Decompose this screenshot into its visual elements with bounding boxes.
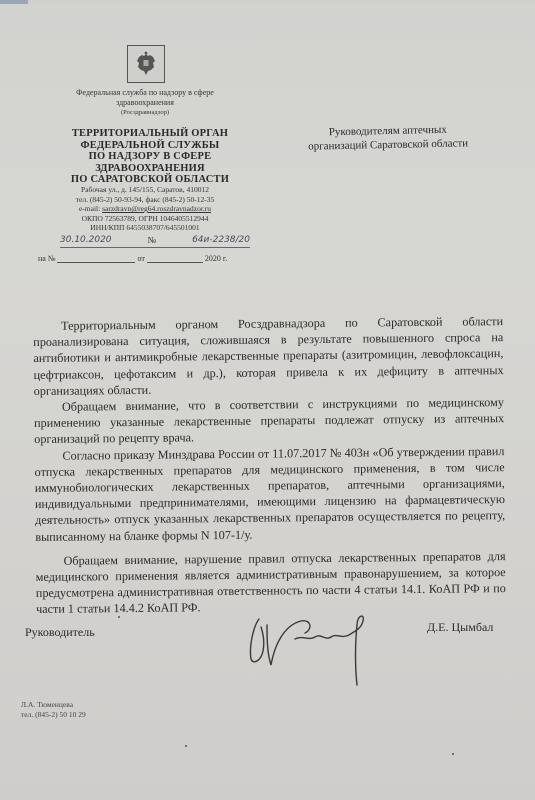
inn-kpp: ИНН/КПП 6455038707/645501001 bbox=[25, 223, 265, 233]
body-paragraph: Территориальным органом Росздравнадзора … bbox=[33, 313, 504, 399]
handwritten-signature-icon bbox=[245, 607, 395, 687]
org-line: ПО НАДЗОРУ В СФЕРЕ bbox=[55, 151, 245, 163]
reference-year: 2020 г. bbox=[205, 254, 227, 263]
agency-line-2: здравоохранения bbox=[40, 98, 250, 108]
coat-of-arms-icon bbox=[127, 45, 165, 83]
signature-block: Руководитель Д.Е. Цымбал bbox=[25, 625, 495, 695]
letter-body: Территориальным органом Росздравнадзора … bbox=[33, 313, 506, 618]
executor-info: Л.А. Тюменцева тел. (845-2) 50 10 29 bbox=[21, 700, 86, 720]
registration-number-label: № bbox=[148, 235, 157, 247]
signatory-title: Руководитель bbox=[25, 625, 95, 640]
addressee-line-2: организаций Саратовской области bbox=[288, 136, 488, 154]
agency-name: Федеральная служба по надзору в сфере зд… bbox=[40, 88, 250, 118]
reference-line: на № от 2020 г. bbox=[38, 254, 248, 263]
agency-line-1: Федеральная служба по надзору в сфере bbox=[40, 88, 250, 98]
addressee: Руководителям аптечных организаций Сарат… bbox=[288, 122, 489, 154]
phone-fax: тел. (845-2) 50-93-94, факс (845-2) 50-1… bbox=[25, 195, 265, 205]
address: Рабочая ул., д. 145/155, Саратов, 410012 bbox=[25, 185, 265, 195]
paper-speck bbox=[118, 616, 120, 618]
executor-name: Л.А. Тюменцева bbox=[21, 700, 86, 710]
reference-date-blank bbox=[147, 254, 203, 263]
okpo-ogrn: ОКПО 72563789, ОГРН 1046405512944 bbox=[25, 214, 265, 224]
reference-prefix: на № bbox=[38, 254, 55, 263]
body-paragraph: Согласно приказу Минздрава России от 11.… bbox=[34, 443, 505, 545]
registration-date: 30.10.2020 bbox=[60, 235, 112, 247]
photo-edge-strip bbox=[0, 0, 535, 4]
reference-number-blank bbox=[57, 254, 135, 263]
signatory-name: Д.Е. Цымбал bbox=[427, 620, 493, 635]
org-line: ТЕРРИТОРИАЛЬНЫЙ ОРГАН bbox=[55, 128, 245, 140]
email-row: e-mail: sarzdravn@reg64.roszdravnadzor.r… bbox=[25, 204, 265, 214]
org-line: ЗДРАВООХРАНЕНИЯ bbox=[55, 163, 245, 175]
registration-line: 30.10.2020 № 64и-2238/20 bbox=[60, 235, 250, 248]
territorial-body-name: ТЕРРИТОРИАЛЬНЫЙ ОРГАН ФЕДЕРАЛЬНОЙ СЛУЖБЫ… bbox=[55, 128, 245, 186]
registration-number: 64и-2238/20 bbox=[192, 235, 250, 247]
agency-short-name: (Росздравнадзор) bbox=[40, 108, 250, 118]
reference-from-label: от bbox=[137, 254, 144, 263]
executor-phone: тел. (845-2) 50 10 29 bbox=[21, 710, 86, 720]
email-link[interactable]: sarzdravn@reg64.roszdravnadzor.ru bbox=[102, 204, 211, 213]
paper-speck bbox=[185, 745, 187, 747]
org-line: ФЕДЕРАЛЬНОЙ СЛУЖБЫ bbox=[55, 140, 245, 152]
body-paragraph: Обращаем внимание, что в соответствии с … bbox=[34, 394, 504, 448]
email-label: e-mail: bbox=[79, 204, 100, 213]
paper-speck bbox=[452, 753, 454, 755]
org-line: ПО САРАТОВСКОЙ ОБЛАСТИ bbox=[55, 174, 245, 186]
contact-details: Рабочая ул., д. 145/155, Саратов, 410012… bbox=[25, 185, 265, 233]
double-headed-eagle-icon bbox=[131, 49, 161, 79]
